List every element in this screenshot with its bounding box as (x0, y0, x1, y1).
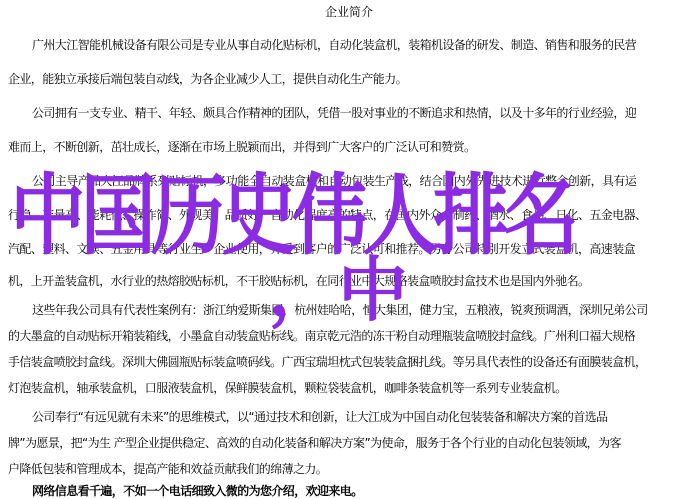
paragraph-5-line-2: 牌”为愿景，把“为生 产型企业提供稳定、高效的自动化装备和解决方案”为使命，服务… (8, 435, 621, 451)
paragraph-4-line-1: 这些年我公司具有代表性案例有：浙江纳爱斯集团，杭州娃哈哈，恒大集团，健力宝，五粮… (32, 302, 648, 318)
contact-callout: 网络信息看千遍，不如一个电话细致入微的为您介绍，欢迎来电。 (32, 483, 363, 499)
paragraph-4-line-2: 的大墨盒的自动贴标开箱装箱线，小墨盒自动装盒贴标线。南京乾元浩的冻干粉自动理瓶装… (8, 328, 635, 344)
paragraph-2-line-2: 难而上，不断创新，茁壮成长，逐渐在市场上脱颖而出，并得到广大客户的广泛认可和赞赏… (8, 139, 475, 155)
paragraph-1-line-1: 广州大江智能机械设备有限公司是专业从事自动化贴标机，自动化装盒机，装箱机设备的研… (32, 37, 636, 53)
paragraph-3-line-1: 公司主导产品大江品牌系列贴标机，多功能全自动装盒机和自动包装生产线，结合国内外先… (32, 173, 636, 189)
paragraph-4-line-3: 手信装盒喷胶封盒线。深圳大佛圆瓶贴标装盒喷码线。广西宝瑞坦枕式包装装盒捆扎线。等… (8, 354, 646, 370)
paragraph-3-line-2: 行稳、产量高、能耗低、操作简、外观美、品质好，自动化程度高的特点，在国内外众多制… (8, 207, 646, 223)
watermark-subtext: ，中 (268, 250, 408, 330)
paragraph-3-line-4: 机，上开盖装盒机，水行业的热熔胶贴标机，不干胶贴标机，在同行业中大规格装盒喷胶封… (8, 273, 589, 289)
paragraph-2-line-1: 公司拥有一支专业、精干、年轻、颇具合作精神的团队，凭借一股对事业的不断追求和热情… (32, 105, 636, 121)
document-title: 企业简介 (0, 4, 698, 20)
paragraph-3-line-3: 汽配、塑料、文娱、五金用具等行业生产企业使用，并受到客户的广泛认可和推荐。另分公… (8, 241, 635, 257)
paragraph-1-line-2: 企业，能独立承接后端包装自动线，为各企业减少人工，提供自动化生产能力。 (8, 71, 407, 87)
paragraph-5-line-1: 公司奉行“有远见就有未来”的思维模式，以“通过技术和创新，让大江成为中国自动化包… (32, 409, 607, 425)
paragraph-5-line-3: 户降低包装和管理成本，提高产能和效益贡献我们的绵薄之力。 (8, 461, 327, 477)
paragraph-4-line-4: 灯泡装盒机，轴承装盒机，口服液装盒机，保鲜膜装盒机，颗粒袋装盒机，咖啡条装盒机等… (8, 380, 567, 396)
